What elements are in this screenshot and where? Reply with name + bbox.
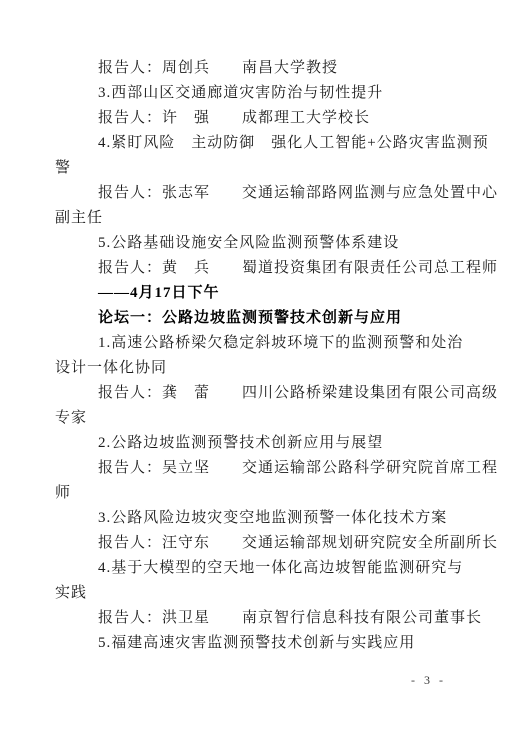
speaker-line: 报告人：龚 蕾 四川公路桥梁建设集团有限公司高级 — [55, 381, 465, 406]
page-number: - 3 - — [0, 671, 446, 689]
topic-line: 4.紧盯风险 主动防御 强化人工智能+公路灾害监测预 — [55, 131, 465, 156]
topic-line: 5.公路基础设施安全风险监测预警体系建设 — [55, 231, 465, 256]
continuation-line: 师 — [55, 481, 465, 506]
topic-line: 3.西部山区交通廊道灾害防治与韧性提升 — [55, 81, 465, 106]
section-heading: 论坛一：公路边坡监测预警技术创新与应用 — [55, 306, 465, 331]
speaker-line: 报告人：张志军 交通运输部路网监测与应急处置中心 — [55, 181, 465, 206]
document-body: 报告人：周创兵 南昌大学教授 3.西部山区交通廊道灾害防治与韧性提升 报告人：许… — [55, 56, 465, 656]
speaker-line: 报告人：汪守东 交通运输部规划研究院安全所副所长 — [55, 531, 465, 556]
continuation-line: 副主任 — [55, 206, 465, 231]
continuation-line: 警 — [55, 156, 465, 181]
speaker-line: 报告人：吴立坚 交通运输部公路科学研究院首席工程 — [55, 456, 465, 481]
speaker-line: 报告人：许 强 成都理工大学校长 — [55, 106, 465, 131]
speaker-line: 报告人：黄 兵 蜀道投资集团有限责任公司总工程师 — [55, 256, 465, 281]
continuation-line: 专家 — [55, 406, 465, 431]
speaker-line: 报告人：周创兵 南昌大学教授 — [55, 56, 465, 81]
topic-line: 2.公路边坡监测预警技术创新应用与展望 — [55, 431, 465, 456]
date-heading: ——4月17日下午 — [55, 281, 465, 306]
topic-line: 1.高速公路桥梁欠稳定斜坡环境下的监测预警和处治 — [55, 331, 465, 356]
topic-line: 4.基于大模型的空天地一体化高边坡智能监测研究与 — [55, 556, 465, 581]
document-page: 报告人：周创兵 南昌大学教授 3.西部山区交通廊道灾害防治与韧性提升 报告人：许… — [0, 0, 511, 730]
continuation-line: 设计一体化协同 — [55, 356, 465, 381]
topic-line: 3.公路风险边坡灾变空地监测预警一体化技术方案 — [55, 506, 465, 531]
topic-line: 5.福建高速灾害监测预警技术创新与实践应用 — [55, 631, 465, 656]
speaker-line: 报告人：洪卫星 南京智行信息科技有限公司董事长 — [55, 606, 465, 631]
continuation-line: 实践 — [55, 581, 465, 606]
